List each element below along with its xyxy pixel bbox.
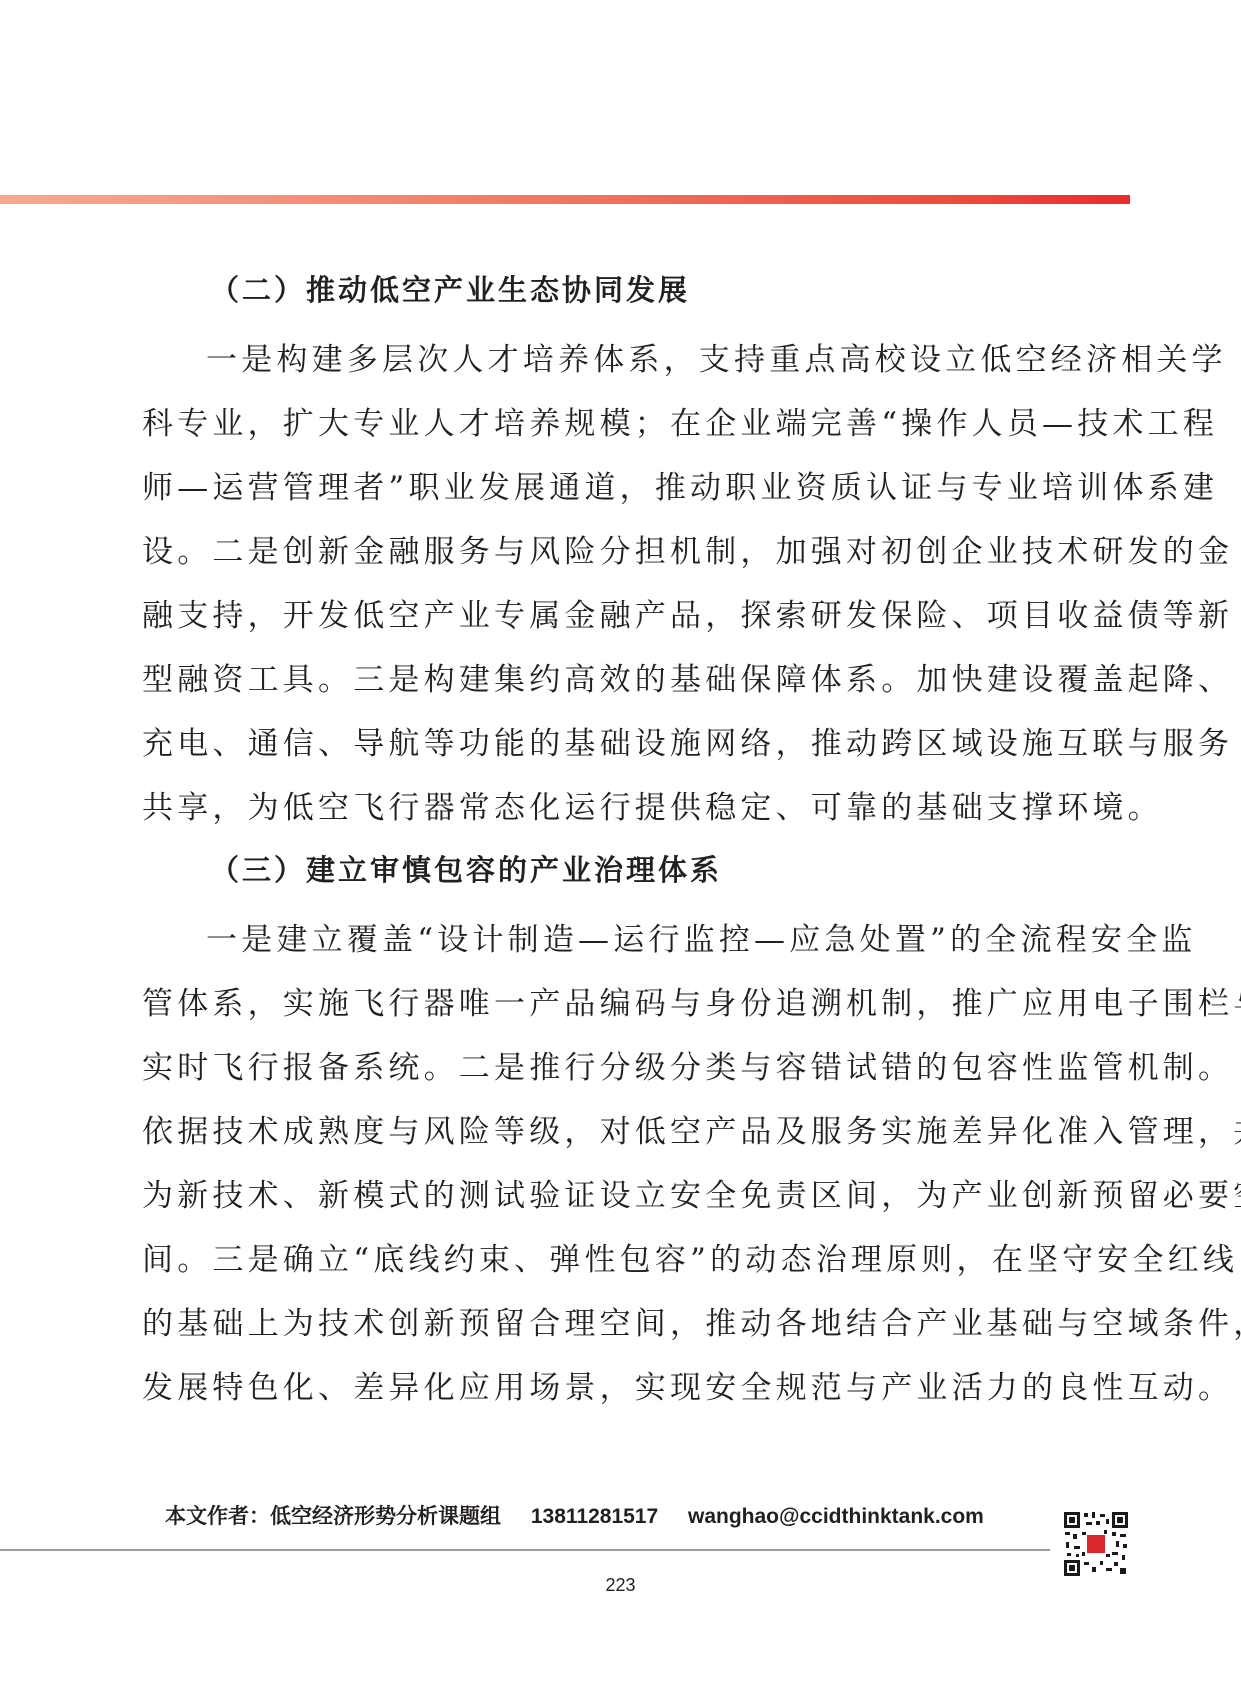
text-line: 实时飞行报备系统。二是推行分级分类与容错试错的包容性监管机制。 (142, 1036, 1132, 1100)
text-line: 设。二是创新金融服务与风险分担机制，加强对初创企业技术研发的金 (142, 520, 1132, 584)
text-line: 一是构建多层次人才培养体系，支持重点高校设立低空经济相关学 (142, 328, 1132, 392)
text-line: 共享，为低空飞行器常态化运行提供稳定、可靠的基础支撑环境。 (142, 776, 1132, 840)
section-heading: （三）建立审慎包容的产业治理体系 (142, 850, 1132, 890)
section-heading: （二）推动低空产业生态协同发展 (142, 270, 1132, 310)
author-phone: 13811281517 (531, 1505, 658, 1528)
text-line: 发展特色化、差异化应用场景，实现安全规范与产业活力的良性互动。 (142, 1356, 1132, 1420)
text-line: 师—运营管理者”职业发展通道，推动职业资质认证与专业培训体系建 (142, 456, 1132, 520)
section-paragraph: 一是建立覆盖“设计制造—运行监控—应急处置”的全流程安全监 管体系，实施飞行器唯… (142, 908, 1132, 1420)
text-line: 型融资工具。三是构建集约高效的基础保障体系。加快建设覆盖起降、 (142, 648, 1132, 712)
text-line: 依据技术成熟度与风险等级，对低空产品及服务实施差异化准入管理，并 (142, 1100, 1132, 1164)
author-footer: 本文作者：低空经济形势分析课题组 13811281517 wanghao@cci… (165, 1500, 1008, 1530)
header-accent-bar (0, 195, 1130, 204)
text-line: 的基础上为技术创新预留合理空间，推动各地结合产业基础与空域条件， (142, 1292, 1132, 1356)
qr-code-icon (1062, 1510, 1130, 1578)
text-line: 一是建立覆盖“设计制造—运行监控—应急处置”的全流程安全监 (142, 908, 1132, 972)
page-number: 223 (0, 1575, 1241, 1596)
text-line: 管体系，实施飞行器唯一产品编码与身份追溯机制，推广应用电子围栏与 (142, 972, 1132, 1036)
document-body: （二）推动低空产业生态协同发展 一是构建多层次人才培养体系，支持重点高校设立低空… (142, 270, 1132, 1420)
footer-divider (0, 1549, 1050, 1551)
section-paragraph: 一是构建多层次人才培养体系，支持重点高校设立低空经济相关学 科专业，扩大专业人才… (142, 328, 1132, 840)
author-email[interactable]: wanghao@ccidthinktank.com (688, 1505, 984, 1528)
author-label: 本文作者：低空经济形势分析课题组 (165, 1505, 501, 1528)
text-line: 充电、通信、导航等功能的基础设施网络，推动跨区域设施互联与服务 (142, 712, 1132, 776)
text-line: 间。三是确立“底线约束、弹性包容”的动态治理原则，在坚守安全红线 (142, 1228, 1132, 1292)
text-line: 科专业，扩大专业人才培养规模；在企业端完善“操作人员—技术工程 (142, 392, 1132, 456)
text-line: 为新技术、新模式的测试验证设立安全免责区间，为产业创新预留必要空 (142, 1164, 1132, 1228)
text-line: 融支持，开发低空产业专属金融产品，探索研发保险、项目收益债等新 (142, 584, 1132, 648)
